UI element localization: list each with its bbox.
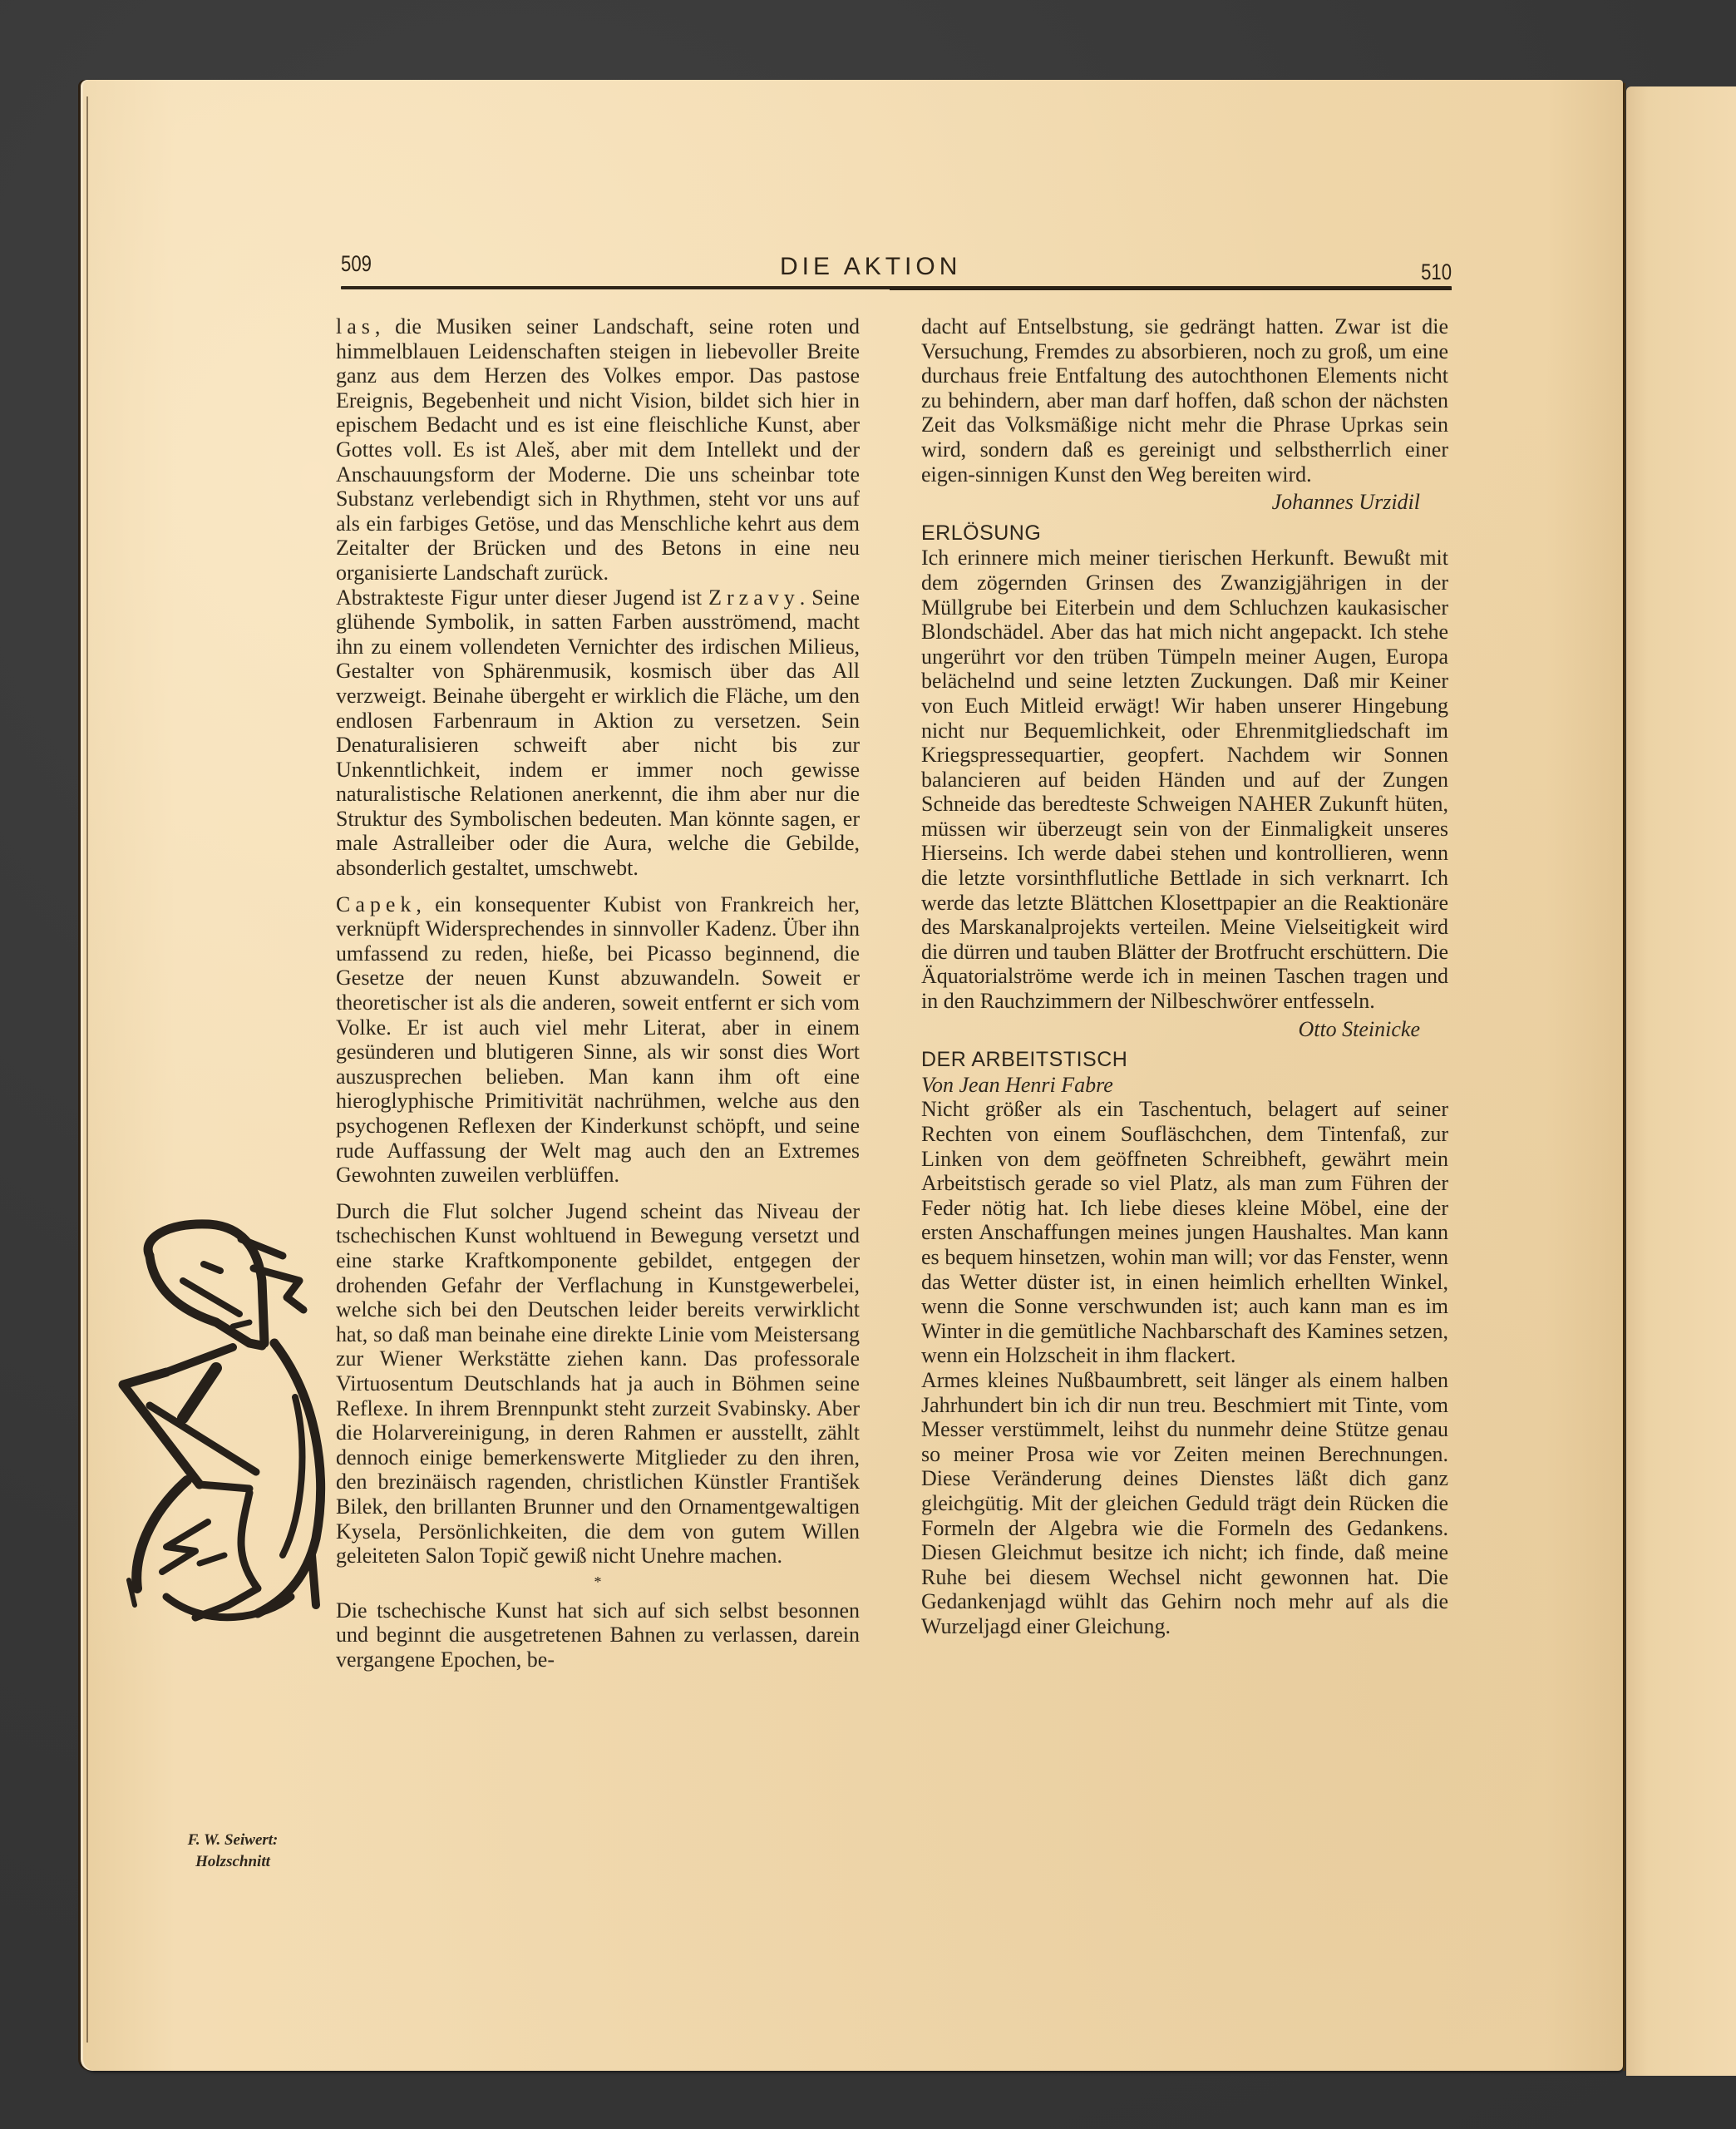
emphasized-name: Capek [336, 892, 416, 916]
journal-title: DIE AKTION [780, 253, 961, 281]
paragraph-gap [336, 1188, 860, 1199]
signature-urzidil: Johannes Urzidil [921, 490, 1448, 515]
running-head: 509 DIE AKTION 510 [339, 249, 1452, 291]
emphasized-name: Zrzavy [708, 585, 800, 610]
adjacent-page-edge [1626, 86, 1736, 2076]
right-column: dacht auf Entselbstung, sie gedrängt hat… [921, 314, 1448, 1638]
caption-medium: Holzschnitt [150, 1851, 316, 1873]
emphasized-name: las [336, 314, 375, 338]
paragraph-erloesung: Ich erinnere mich meiner tierischen Herk… [921, 546, 1448, 1013]
header-rule [341, 286, 1452, 289]
page-number-left: 509 [341, 251, 372, 277]
paragraph-arbeitstisch-1: Nicht größer als ein Taschentuch, belage… [921, 1097, 1448, 1368]
byline-fabre: Von Jean Henri Fabre [921, 1073, 1448, 1098]
paragraph-arbeitstisch-2: Armes kleines Nußbaumbrett, seit länger … [921, 1368, 1448, 1639]
paragraph-gap [336, 881, 860, 892]
signature-steinicke: Otto Steinicke [921, 1017, 1448, 1042]
section-separator-asterisk: * [336, 1573, 860, 1590]
section-title-arbeitstisch: DER ARBEITSTISCH [921, 1048, 1448, 1073]
left-column: las, die Musiken seiner Landschaft, sein… [336, 314, 860, 1672]
paragraph-flut: Durch die Flut solcher Jugend scheint da… [336, 1199, 860, 1568]
illustration-caption: F. W. Seiwert: Holzschnitt [150, 1830, 316, 1873]
page-gutter-fold [1623, 83, 1625, 2071]
woodcut-figure-icon [116, 1198, 341, 1830]
paragraph-continuation: dacht auf Entselbstung, sie gedrängt hat… [921, 314, 1448, 487]
section-title-erloesung: ERLÖSUNG [921, 521, 1448, 546]
caption-artist: F. W. Seiwert: [150, 1830, 316, 1851]
paragraph-las: las, die Musiken seiner Landschaft, sein… [336, 314, 860, 585]
paragraph-capek: Capek, ein konsequenter Kubist von Frank… [336, 892, 860, 1188]
page-number-right: 510 [1421, 259, 1452, 285]
paragraph-tschechische-kunst: Die tschechische Kunst hat sich auf sich… [336, 1598, 860, 1672]
paragraph-zrzavy: Abstrakteste Figur unter dieser Jugend i… [336, 585, 860, 881]
